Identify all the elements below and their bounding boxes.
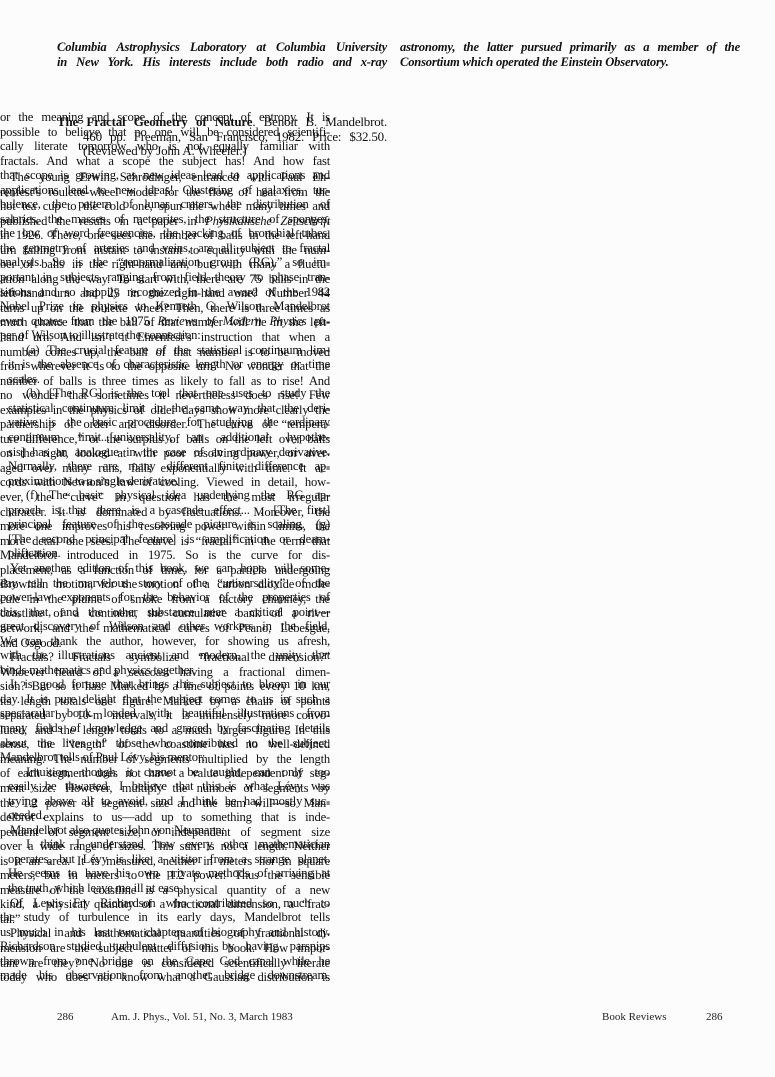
text-line: It is good fortune that brings this subj… [0, 677, 330, 692]
section-name: Book Reviews [602, 1011, 666, 1023]
running-header-right: astronomy, the latter pursued primarily … [400, 40, 740, 69]
text-line: the geometry of arteries and veins, are … [0, 241, 330, 256]
text-line: spectacular book loaded with beautiful i… [0, 706, 330, 721]
quote-line: principal feature of the cascade picture… [0, 517, 330, 532]
page-number-right: 286 [706, 1011, 723, 1023]
journal-citation: Am. J. Phys., Vol. 51, No. 3, March 1983 [111, 1011, 293, 1023]
header-line: Consortium which operated the Einstein O… [400, 55, 740, 70]
journal-name: Reviews of Modern Physics [158, 314, 307, 328]
text-line: day. It is pure delight that the subject… [0, 692, 330, 707]
text-line: fractals. And what a scope the subject h… [0, 154, 330, 169]
text-line: salaries, the masses of meteorites, the … [0, 212, 330, 227]
text-line: per of Wilson to illustrate the connecti… [0, 328, 330, 343]
text-line: Richardson studied turbulent diffusion b… [0, 939, 330, 954]
text-line: applications lead to new ideas! Clusteri… [0, 183, 330, 198]
quote-line: vative is the basic procedure for studyi… [0, 415, 330, 430]
text-line: possible to believe that no one will be … [0, 125, 330, 140]
text-line: portant in subjects ranging from field t… [0, 270, 330, 285]
text-line: even quotes from the 1975 Reviews of Mod… [0, 314, 330, 329]
block-quote-levy: Intuition, though it cannot be taught, c… [0, 765, 330, 823]
text-line: made his observations from another bridg… [0, 968, 330, 983]
quote-line: proximations to a single derivative. [0, 474, 330, 489]
right-column: or the meaning and scope of the concept … [0, 110, 330, 983]
quote-line: I think I understand how every other mat… [0, 837, 330, 852]
text-line: bulence, the pattern of lunar craters, t… [0, 197, 330, 212]
quote-line: (a) The crucial feature of the statistic… [0, 343, 330, 358]
text-fragment: pa- [307, 314, 330, 328]
quote-line: sis] has an analogue in the case of an o… [0, 445, 330, 460]
text-line: or the meaning and scope of the concept … [0, 110, 330, 125]
text-line: We can thank the author, however, for sh… [0, 634, 330, 649]
quote-line: operates, but Lévy is like a visitor fro… [0, 852, 330, 867]
text-line: day tell the marvelous story of the “uni… [0, 576, 330, 591]
text-line: analysis. So is the “renormalization gro… [0, 255, 330, 270]
block-quote-wilson: (a) The crucial feature of the statistic… [0, 343, 330, 561]
text-line: Of Lewis Fry Richardson who contributed … [0, 896, 330, 911]
text-line: us much in his last two chapters of biog… [0, 925, 330, 940]
text-line: this, that, and the other substance near… [0, 605, 330, 620]
text-line: great discovery of Wilson and other work… [0, 619, 330, 634]
quote-line: continuum limit...[universality, an addi… [0, 430, 330, 445]
quote-line: (f) The basic physical idea underlying t… [0, 488, 330, 503]
text-line: that scope is growing, as new ideas lead… [0, 168, 330, 183]
text-line: the study of turbulence in its early day… [0, 910, 330, 925]
text-line: Nobel Prize in physics to Kenneth G. Wil… [0, 299, 330, 314]
quote-line: ceeded. [0, 808, 330, 823]
text-line: the law of word frequencies, the packing… [0, 226, 330, 241]
quote-line: easily be thwarted. I believe that this … [0, 779, 330, 794]
text-line: power-law exponents for the behavior of … [0, 590, 330, 605]
text-line: Mandelbrot also quotes John von Neumann: [0, 823, 330, 838]
header-line: in New York. His interests include both … [57, 55, 387, 70]
header-line: astronomy, the latter pursued primarily … [400, 40, 740, 55]
quote-line: plification. [0, 546, 330, 561]
header-line: Columbia Astrophysics Laboratory at Colu… [57, 40, 387, 55]
text-line: binds mathematics and physics together. [0, 663, 330, 678]
quote-line: the truth, which leave me ill at ease. [0, 881, 330, 896]
quote-line: trying above all to avoid, and I think h… [0, 794, 330, 809]
text-line: Mandelbrot tells of Paul Lévy, his mento… [0, 750, 330, 765]
block-quote-von-neumann: I think I understand how every other mat… [0, 837, 330, 895]
text-line: with the illustrations ancient and moder… [0, 648, 330, 663]
quote-line: He seems to have his own private methods… [0, 866, 330, 881]
page-number-left: 286 [57, 1011, 74, 1023]
quote-line: it is the absence of characteristic leng… [0, 357, 330, 372]
text-line: many fields of knowledge and graced by f… [0, 721, 330, 736]
running-header-left: Columbia Astrophysics Laboratory at Colu… [57, 40, 387, 69]
text-line: Yet another edition of this book, we can… [0, 561, 330, 576]
quote-line: scales. [0, 372, 330, 387]
quote-line: (b) [The RG] is the tool that one uses t… [0, 386, 330, 401]
quote-line: statistical continuum limit in the same … [0, 401, 330, 416]
quote-line: Normally, there are many different finit… [0, 459, 330, 474]
text-fragment: even quotes from the 1975 [0, 314, 158, 328]
quote-line: Intuition, though it cannot be taught, c… [0, 765, 330, 780]
quote-line: [The second principal feature] is amplif… [0, 532, 330, 547]
quote-line: proach is...that there is a cascade effe… [0, 503, 330, 518]
text-line: thrown from one bridge on the Cape Cod c… [0, 954, 330, 969]
text-line: about the lives of those who contributed… [0, 736, 330, 751]
text-line: cally literate tomorrow who is not equal… [0, 139, 330, 154]
text-line: sitions and so happily recognized in the… [0, 285, 330, 300]
